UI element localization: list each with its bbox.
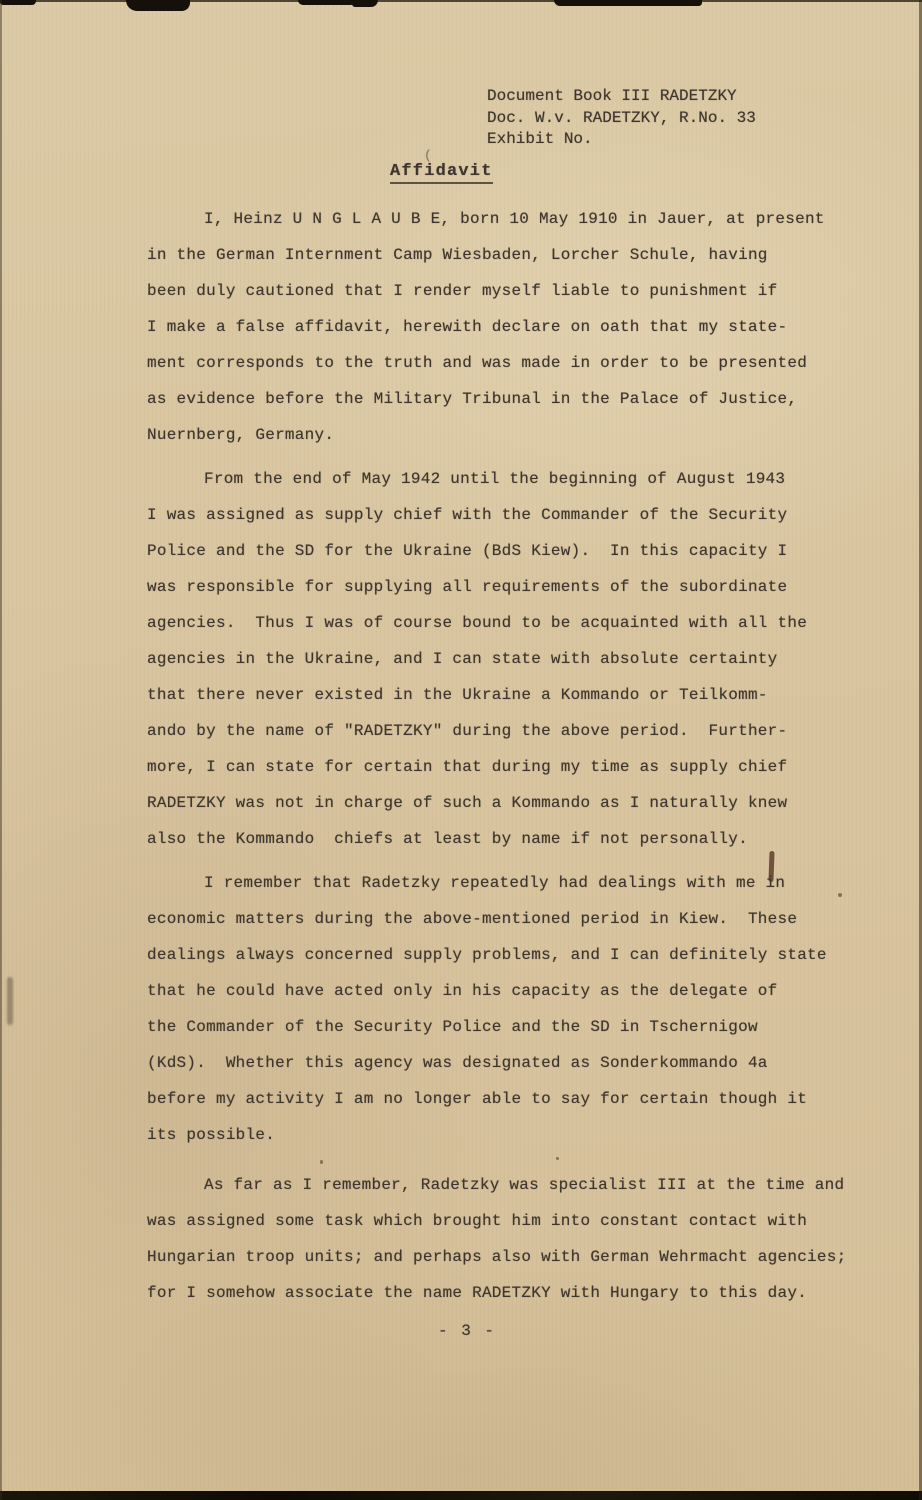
header-line-exhibit-no: Exhibit No. [487, 129, 756, 151]
text-line: I, Heinz U N G L A U B E, born 10 May 19… [147, 201, 857, 237]
scan-blotch [298, 0, 356, 5]
text-line: ment corresponds to the truth and was ma… [147, 345, 857, 381]
text-line: RADETZKY was not in charge of such a Kom… [147, 785, 857, 821]
text-line: From the end of May 1942 until the begin… [147, 461, 857, 497]
text-line: I remember that Radetzky repeatedly had … [147, 865, 857, 901]
text-line: was assigned some task which brought him… [147, 1203, 857, 1239]
text-line: for I somehow associate the name RADETZK… [147, 1275, 857, 1311]
text-line: before my activity I am no longer able t… [147, 1081, 857, 1117]
scan-edge-bottom [0, 1491, 922, 1500]
paragraph: As far as I remember, Radetzky was speci… [147, 1167, 857, 1311]
document-title: Affidavit [390, 162, 493, 184]
text-line: that there never existed in the Ukraine … [147, 677, 857, 713]
text-line: As far as I remember, Radetzky was speci… [147, 1167, 857, 1203]
scan-blotch [0, 0, 36, 5]
stray-typed-mark: ( [424, 148, 432, 163]
text-line: been duly cautioned that I render myself… [147, 273, 857, 309]
text-line: was responsible for supplying all requir… [147, 569, 857, 605]
text-line: that he could have acted only in his cap… [147, 973, 857, 1009]
text-line: ando by the name of "RADETZKY" during th… [147, 713, 857, 749]
paragraph: From the end of May 1942 until the begin… [147, 461, 857, 857]
scanned-affidavit-page: ( Document Book III RADETZKY Doc. W.v. R… [0, 0, 922, 1500]
text-line: in the German Internment Camp Wiesbaden,… [147, 237, 857, 273]
text-line: I make a false affidavit, herewith decla… [147, 309, 857, 345]
text-line: (KdS). Whether this agency was designate… [147, 1045, 857, 1081]
page-number: - 3 - [438, 1322, 496, 1340]
text-line: agencies in the Ukraine, and I can state… [147, 641, 857, 677]
scan-blotch [352, 0, 378, 7]
paragraph: I remember that Radetzky repeatedly had … [147, 865, 857, 1153]
text-line: dealings always concerned supply problem… [147, 937, 857, 973]
text-line: the Commander of the Security Police and… [147, 1009, 857, 1045]
text-line: also the Kommando chiefs at least by nam… [147, 821, 857, 857]
paragraph: I, Heinz U N G L A U B E, born 10 May 19… [147, 201, 857, 453]
text-line: agencies. Thus I was of course bound to … [147, 605, 857, 641]
scan-blotch [554, 0, 702, 6]
text-line: its possible. [147, 1117, 857, 1153]
text-line: economic matters during the above-mentio… [147, 901, 857, 937]
smudge-mark [7, 977, 13, 1025]
text-line: as evidence before the Military Tribunal… [147, 381, 857, 417]
affidavit-body: I, Heinz U N G L A U B E, born 10 May 19… [147, 201, 857, 1319]
text-line: Nuernberg, Germany. [147, 417, 857, 453]
text-line: Police and the SD for the Ukraine (BdS K… [147, 533, 857, 569]
document-header: Document Book III RADETZKY Doc. W.v. RAD… [487, 86, 756, 151]
text-line: I was assigned as supply chief with the … [147, 497, 857, 533]
header-line-doc-number: Doc. W.v. RADETZKY, R.No. 33 [487, 108, 756, 130]
scan-edge-left [0, 0, 2, 1500]
text-line: more, I can state for certain that durin… [147, 749, 857, 785]
text-line: Hungarian troop units; and perhaps also … [147, 1239, 857, 1275]
scan-blotch [126, 0, 190, 11]
header-line-document-book: Document Book III RADETZKY [487, 86, 756, 108]
